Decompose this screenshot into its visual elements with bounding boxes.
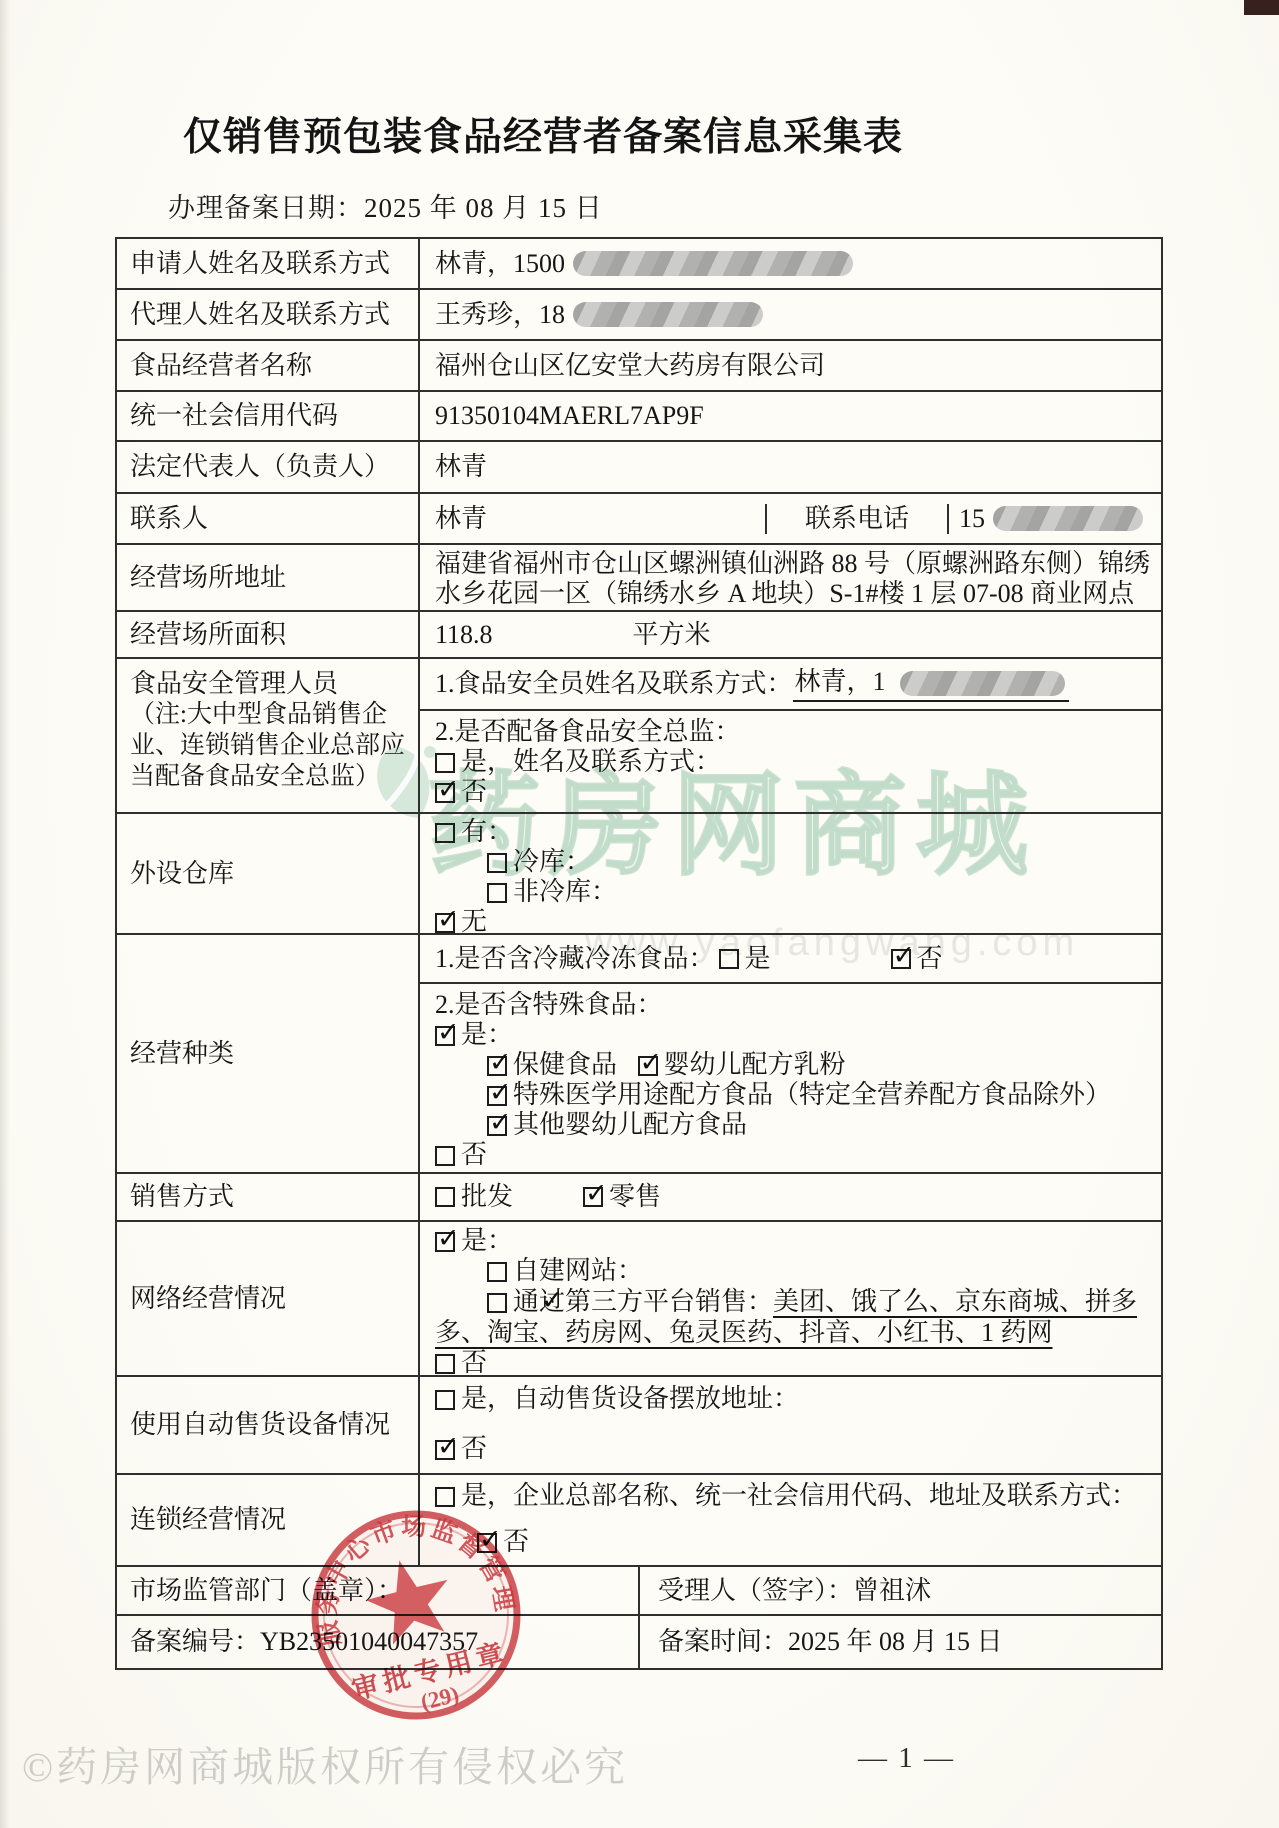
row-sales-mode: 销售方式 批发 零售 [117,1174,1161,1222]
row-record: 备案编号：YB23501040047357 备案时间：2025 年 08 月 1… [117,1616,1161,1668]
acceptor-cell: 受理人（签字）：曾祖沭 [640,1567,1161,1614]
field-legal-rep-value: 林青 [420,442,1161,492]
applicant-value-text: 林青，1500 [435,249,565,279]
filing-date-line: 办理备案日期：2025 年 08 月 15 日 [168,186,603,225]
checkbox-wholesale [435,1187,455,1207]
safety-officer-line: 1.食品安全员姓名及联系方式： 林青，1 [420,659,1161,711]
checkbox-special-no [435,1146,455,1166]
field-credit-code-value: 91350104MAERL7AP9F [420,392,1161,440]
registration-form-table: 申请人姓名及联系方式 林青，1500 代理人姓名及联系方式 王秀珍，18 食品经… [115,237,1163,1670]
acceptor-label: 受理人（签字）： [658,1576,853,1606]
warehouse-noncold-option: 非冷库： [435,877,617,907]
checkbox-director-yes [435,753,455,773]
checkbox-warehouse-has [435,823,455,843]
own-website-label: 自建网站： [513,1256,643,1285]
redaction-blur [573,251,853,276]
checkbox-online-yes [435,1232,455,1252]
safety-director-yes-option: 是，姓名及联系方式： [435,747,721,777]
vending-yes-option: 是，自动售货设备摆放地址： [435,1384,799,1414]
category-q1-label: 1.是否含冷藏冷冻食品： [435,944,715,974]
safety-label-note: （注:大中型食品销售企业、连锁销售企业总部应当配备食品安全总监） [130,699,412,792]
redaction-blur [573,302,763,327]
filing-date-label: 办理备案日期： [168,193,364,223]
safety-officer-value: 林青，1 [793,667,1070,702]
warehouse-has-option: 有： [435,817,513,847]
field-warehouse-value: 有： 冷库： 非冷库： 无 [420,814,1161,933]
field-safety-label: 食品安全管理人员 （注:大中型食品销售企业、连锁销售企业总部应当配备食品安全总监… [117,659,420,812]
row-online-business: 网络经营情况 是： 自建网站： 通过第三方平台销售：美团、饿了么、京东商城、拼多… [117,1222,1161,1377]
page-title: 仅销售预包装食品经营者备案信息采集表 [183,106,903,162]
row-category: 经营种类 1.是否含冷藏冷冻食品： 是 否 2.是否含特殊食品： 是： 保健食品… [117,935,1161,1174]
special-yes-label: 是： [461,1020,513,1049]
area-number: 118.8 [435,620,493,650]
chain-yes-option: 是，企业总部名称、统一社会信用代码、地址及联系方式： [435,1481,1137,1511]
warehouse-cold-label: 冷库： [513,847,591,876]
vending-no-option: 否 [435,1434,487,1464]
row-food-safety: 食品安全管理人员 （注:大中型食品销售企业、连锁销售企业总部应当配备食品安全总监… [117,659,1161,814]
record-number-label: 备案编号： [130,1627,260,1657]
checkbox-director-no [435,783,455,803]
approval-stamp: 服务中心市场监督管理 审批专用章 (29) [300,1496,532,1743]
infant-formula-milk-label: 婴幼儿配方乳粉 [664,1050,846,1079]
vending-yes-label: 是，自动售货设备摆放地址： [461,1384,799,1413]
row-authority: 市场监管部门（盖章）： 受理人（签字）：曾祖沭 [117,1567,1161,1616]
checkbox-other-infant-food [487,1116,507,1136]
online-yes-option: 是： [435,1226,513,1256]
row-credit-code: 统一社会信用代码 91350104MAERL7AP9F [117,392,1161,442]
wholesale-label: 批发 [461,1182,513,1212]
warehouse-noncold-label: 非冷库： [513,877,617,906]
online-no-option: 否 [435,1348,487,1378]
warehouse-none-option: 无 [435,907,487,937]
record-time-cell: 备案时间：2025 年 08 月 15 日 [640,1616,1161,1668]
online-yes-label: 是： [461,1226,513,1255]
special-no-label: 否 [461,1140,487,1169]
online-no-label: 否 [461,1348,487,1377]
contact-phone-text: 15 [959,504,985,534]
field-applicant-value: 林青，1500 [420,239,1161,288]
field-sales-mode-label: 销售方式 [117,1174,420,1220]
category-q2-label: 2.是否含特殊食品： [435,990,663,1020]
field-vending-label: 使用自动售货设备情况 [117,1377,420,1473]
contact-phone-value: 15 [949,504,1161,534]
checkbox-infant-formula-milk [638,1056,658,1076]
field-contact-value-group: 林青 联系电话 15 [420,494,1161,543]
field-contact-label: 联系人 [117,494,420,543]
category-q2-yes-option: 是： [435,1020,513,1050]
checkbox-special-yes [435,1026,455,1046]
warehouse-cold-option: 冷库： [435,847,591,877]
checkbox-warehouse-none [435,913,455,933]
row-address: 经营场所地址 福建省福州市仓山区螺洲镇仙洲路 88 号（原螺洲路东侧）锦绣 水乡… [117,545,1161,612]
category-medical-option: 特殊医学用途配方食品（特定全营养配方食品除外） [435,1080,1111,1110]
field-online-label: 网络经营情况 [117,1222,420,1375]
online-third-party-option: 通过第三方平台销售：美团、饿了么、京东商城、拼多多、淘宝、药房网、兔灵医药、抖音… [435,1286,1149,1348]
field-applicant-label: 申请人姓名及联系方式 [117,239,420,288]
contact-phone-label: 联系电话 [765,504,949,534]
field-agent-label: 代理人姓名及联系方式 [117,290,420,339]
field-category-label: 经营种类 [117,935,420,1172]
filing-date-value: 2025 年 08 月 15 日 [364,193,603,223]
checkbox-own-website [487,1262,507,1282]
field-vending-value: 是，自动售货设备摆放地址： 否 [420,1377,1161,1473]
warehouse-none-label: 无 [461,907,487,936]
checkbox-vending-yes [435,1390,455,1410]
checkbox-online-no [435,1354,455,1374]
row-legal-rep: 法定代表人（负责人） 林青 [117,442,1161,494]
field-credit-code-label: 统一社会信用代码 [117,392,420,440]
field-address-value: 福建省福州市仓山区螺洲镇仙洲路 88 号（原螺洲路东侧）锦绣 水乡花园一区（锦绣… [420,545,1161,610]
address-line-2: 水乡花园一区（锦绣水乡 A 地块）S-1#楼 1 层 07-08 商业网点 [435,579,1134,609]
online-own-site-option: 自建网站： [435,1256,643,1286]
checkbox-coldfood-yes [719,949,739,969]
checkbox-vending-no [435,1440,455,1460]
agent-value-text: 王秀珍，18 [435,300,565,330]
checkbox-medical-formula [487,1086,507,1106]
row-applicant: 申请人姓名及联系方式 林青，1500 [117,239,1161,290]
row-warehouse: 外设仓库 有： 冷库： 非冷库： 无 [117,814,1161,935]
director-no-label: 否 [461,777,487,806]
field-online-value: 是： 自建网站： 通过第三方平台销售：美团、饿了么、京东商城、拼多多、淘宝、药房… [420,1222,1161,1375]
retail-label: 零售 [609,1182,661,1212]
row-vending: 使用自动售货设备情况 是，自动售货设备摆放地址： 否 [117,1377,1161,1475]
warehouse-has-label: 有： [461,817,513,846]
record-time-value: 2025 年 08 月 15 日 [788,1627,1003,1657]
vending-no-label: 否 [461,1434,487,1463]
category-q1-line: 1.是否含冷藏冷冻食品： 是 否 [420,935,1161,984]
checkbox-warehouse-noncold [487,883,507,903]
row-agent: 代理人姓名及联系方式 王秀珍，18 [117,290,1161,341]
row-operator-name: 食品经营者名称 福州仓山区亿安堂大药房有限公司 [117,341,1161,392]
safety-director-question: 2.是否配备食品安全总监： [435,717,741,747]
checkbox-coldfood-no [891,949,911,969]
field-sales-mode-value: 批发 零售 [420,1174,1161,1220]
category-health-options: 保健食品 婴幼儿配方乳粉 [435,1050,846,1080]
chain-yes-label: 是，企业总部名称、统一社会信用代码、地址及联系方式： [461,1481,1137,1510]
field-safety-value: 1.食品安全员姓名及联系方式： 林青，1 2.是否配备食品安全总监： 是，姓名及… [420,659,1161,812]
director-yes-label: 是，姓名及联系方式： [461,747,721,776]
coldfood-yes-label: 是 [745,944,771,974]
checkbox-warehouse-cold [487,853,507,873]
field-legal-rep-label: 法定代表人（负责人） [117,442,420,492]
checkbox-third-party-platform [487,1293,507,1313]
field-area-label: 经营场所面积 [117,612,420,657]
checkbox-retail [583,1187,603,1207]
field-address-label: 经营场所地址 [117,545,420,610]
safety-label-title: 食品安全管理人员 [130,669,338,699]
field-operator-name-label: 食品经营者名称 [117,341,420,390]
safety-director-no-option: 否 [435,777,487,807]
category-q2-block: 2.是否含特殊食品： 是： 保健食品 婴幼儿配方乳粉 特殊医学用途配方食品（特定… [420,984,1161,1172]
checkbox-health-food [487,1056,507,1076]
safety-director-block: 2.是否配备食品安全总监： 是，姓名及联系方式： 否 [420,711,1161,812]
safety-officer-label: 1.食品安全员姓名及联系方式： [435,669,793,699]
other-infant-food-label: 其他婴幼儿配方食品 [513,1110,747,1139]
category-other-infant-option: 其他婴幼儿配方食品 [435,1110,747,1140]
medical-formula-label: 特殊医学用途配方食品（特定全营养配方食品除外） [513,1080,1111,1109]
field-area-value: 118.8 平方米 [420,612,1161,657]
redaction-blur [900,671,1065,696]
coldfood-no-label: 否 [917,944,943,974]
redaction-blur [993,506,1143,531]
safety-officer-text: 林青，1 [795,667,886,696]
scanned-form-page: 药房网商城 www.yaofangwang.com 仅销售预包装食品经营者备案信… [0,0,1279,1828]
area-unit: 平方米 [633,620,711,650]
health-food-label: 保健食品 [513,1050,617,1079]
row-area: 经营场所面积 118.8 平方米 [117,612,1161,659]
row-chain-business: 连锁经营情况 是，企业总部名称、统一社会信用代码、地址及联系方式： 否 [117,1475,1161,1567]
field-warehouse-label: 外设仓库 [117,814,420,933]
category-q2-no-option: 否 [435,1140,487,1170]
row-contact: 联系人 林青 联系电话 15 [117,494,1161,545]
field-category-value: 1.是否含冷藏冷冻食品： 是 否 2.是否含特殊食品： 是： 保健食品 婴幼儿配… [420,935,1161,1172]
scan-artifact [1244,0,1279,15]
address-line-1: 福建省福州市仓山区螺洲镇仙洲路 88 号（原螺洲路东侧）锦绣 [435,549,1150,579]
page-number: — 1 — [858,1742,955,1775]
field-agent-value: 王秀珍，18 [420,290,1161,339]
record-time-label: 备案时间： [658,1627,788,1657]
acceptor-signature: 曾祖沭 [853,1576,931,1606]
field-operator-name-value: 福州仓山区亿安堂大药房有限公司 [420,341,1161,390]
scan-edge-shade [0,0,10,1828]
contact-name-value: 林青 [420,504,765,534]
